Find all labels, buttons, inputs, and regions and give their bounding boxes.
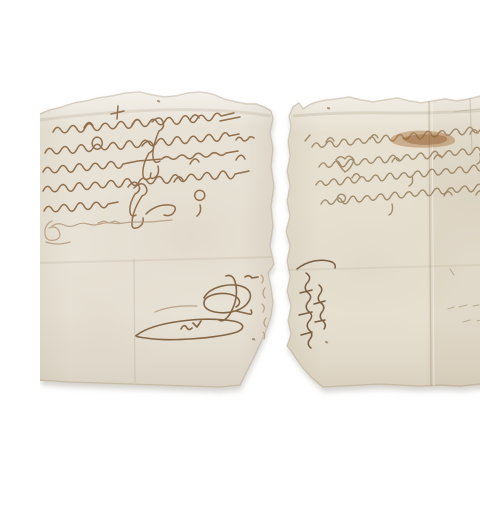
- margin-flourish: [45, 221, 70, 244]
- signature-rubric: [136, 275, 258, 339]
- handwriting-line: [44, 202, 118, 212]
- ink-overlay: [40, 16, 480, 496]
- handwriting-line: [45, 133, 239, 154]
- right-horizontal-crease: [288, 264, 480, 270]
- underline-scribble: [52, 220, 172, 227]
- edge-marginalia: [261, 275, 266, 339]
- marginal-inscription: [297, 260, 335, 348]
- left-vertical-crease: [134, 258, 135, 383]
- left-leaf-handwriting: [43, 106, 254, 228]
- manuscript-photograph: Photograph of two antique handwritten ma…: [40, 16, 480, 496]
- handwriting-line: [43, 151, 238, 173]
- handwriting-line: [319, 146, 480, 167]
- left-horizontal-crease: [40, 257, 272, 263]
- rubric-loop: [204, 285, 250, 313]
